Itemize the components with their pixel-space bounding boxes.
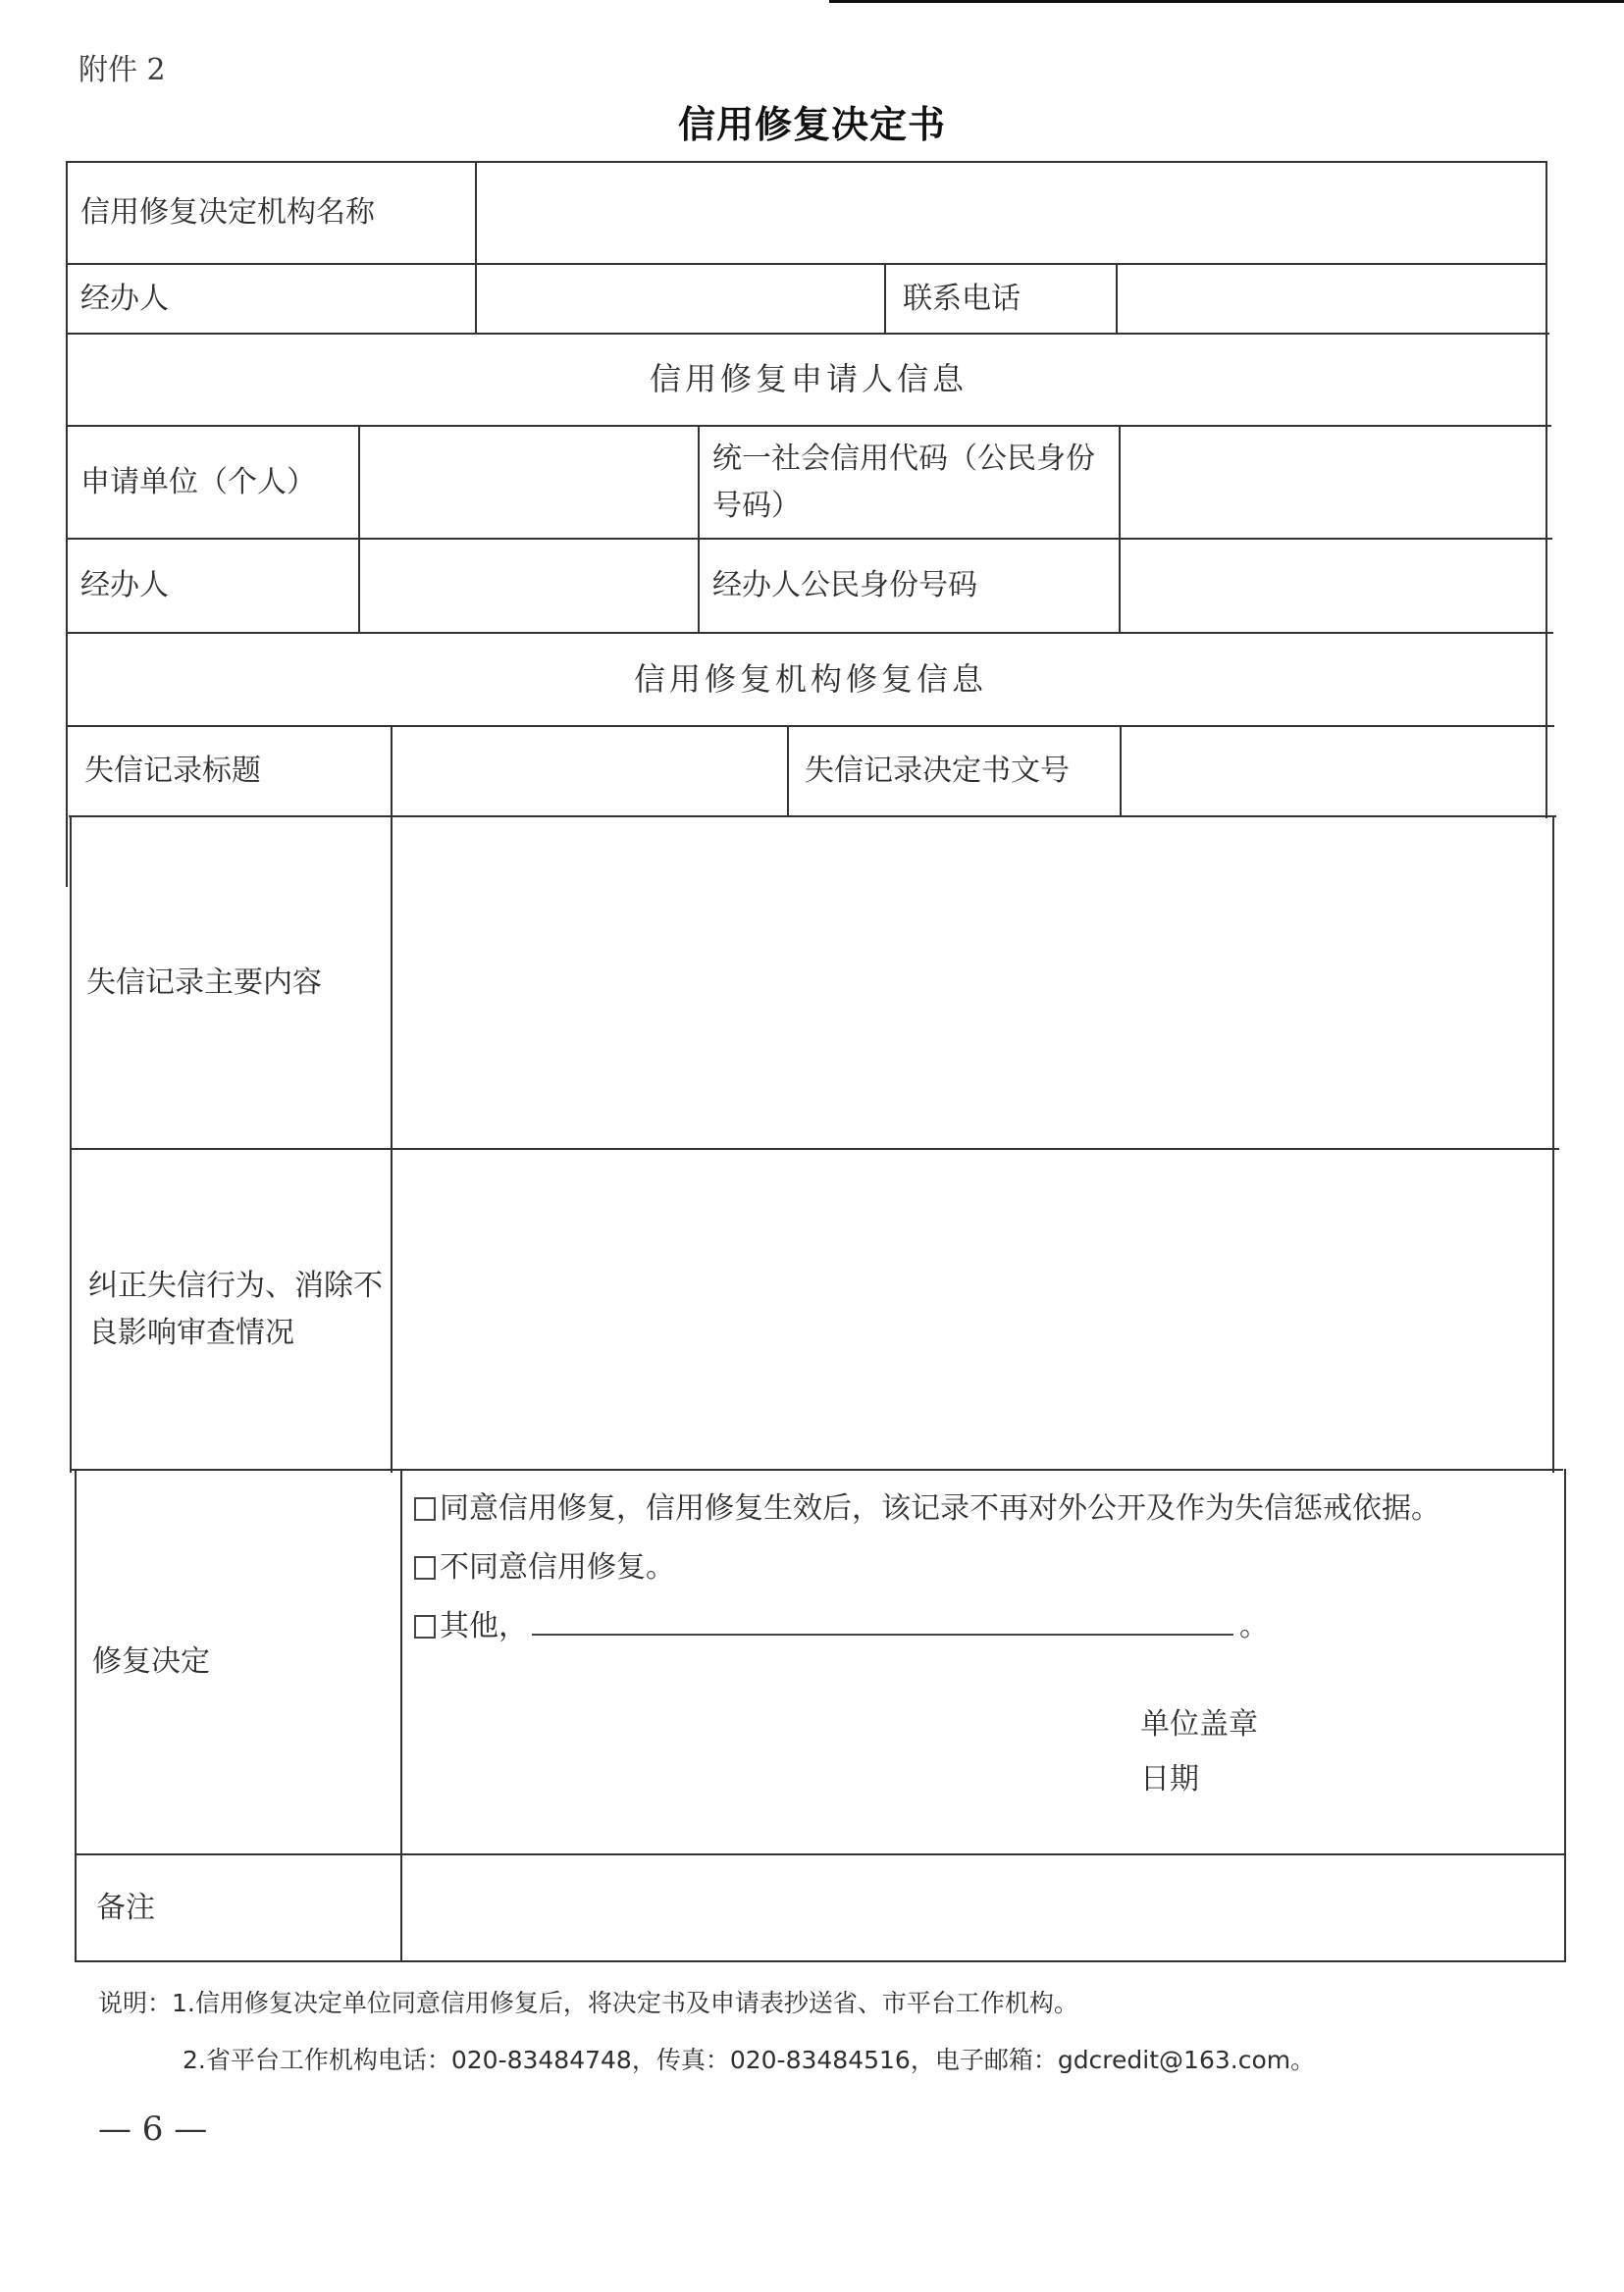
institution-name-field[interactable] <box>481 163 1541 263</box>
table-border <box>77 1960 1566 1962</box>
table-border <box>391 725 393 1473</box>
option-disagree[interactable]: 不同意信用修复。 <box>414 1542 675 1586</box>
attachment-label: 附件 2 <box>79 45 166 88</box>
handler-label: 经办人 <box>80 265 473 333</box>
applicant-unit-field[interactable] <box>363 427 695 538</box>
table-border <box>1116 263 1118 333</box>
decision-number-label: 失信记录决定书文号 <box>805 727 1117 815</box>
remarks-field[interactable] <box>406 1855 1559 1960</box>
option-other-suffix: 。 <box>1239 1609 1269 1643</box>
table-border <box>1564 1469 1566 1962</box>
checkbox-other[interactable] <box>414 1615 436 1639</box>
applicant-handler-label: 经办人 <box>80 540 355 632</box>
option-other[interactable]: 其他，。 <box>414 1601 1269 1644</box>
document-title: 信用修复决定书 <box>0 94 1624 148</box>
table-border <box>400 1469 402 1962</box>
checkbox-disagree[interactable] <box>414 1556 436 1580</box>
contact-phone-field[interactable] <box>1122 265 1544 333</box>
checkbox-agree[interactable] <box>414 1497 436 1521</box>
correction-review-label: 纠正失信行为、消除不良影响审查情况 <box>88 1150 388 1469</box>
decision-number-field[interactable] <box>1125 727 1546 815</box>
record-content-label: 失信记录主要内容 <box>86 817 386 1148</box>
handler-id-label: 经办人公民身份号码 <box>712 540 1115 632</box>
other-reason-input[interactable] <box>532 1608 1233 1636</box>
table-border <box>698 425 700 632</box>
remarks-label: 备注 <box>96 1855 395 1960</box>
table-border <box>787 725 789 815</box>
institution-name-label: 信用修复决定机构名称 <box>80 163 473 263</box>
table-border <box>1120 725 1122 815</box>
applicant-unit-label: 申请单位（个人） <box>80 427 355 538</box>
credit-code-label: 统一社会信用代码（公民身份号码） <box>712 427 1115 538</box>
option-agree-label: 同意信用修复，信用修复生效后，该记录不再对外公开及作为失信惩戒依据。 <box>440 1491 1441 1526</box>
section-repair-info: 信用修复机构修复信息 <box>68 634 1553 725</box>
table-border <box>358 425 360 632</box>
scan-edge-mark <box>829 0 1624 3</box>
seal-label: 单位盖章 <box>1140 1699 1258 1743</box>
table-border <box>1119 425 1121 632</box>
date-label: 日期 <box>1140 1754 1199 1797</box>
correction-review-field[interactable] <box>396 1150 1549 1469</box>
table-border <box>66 161 68 887</box>
applicant-handler-field[interactable] <box>363 540 695 632</box>
table-border <box>475 161 477 333</box>
option-disagree-label: 不同意信用修复。 <box>440 1550 675 1585</box>
page-number: — 6 — <box>98 2110 207 2149</box>
table-border <box>884 263 886 333</box>
contact-phone-label: 联系电话 <box>903 265 1114 333</box>
record-title-field[interactable] <box>396 727 784 815</box>
note-line-1: 说明：1.信用修复决定单位同意信用修复后，将决定书及申请表抄送省、市平台工作机构… <box>98 1984 1078 2019</box>
table-border <box>75 1469 77 1962</box>
record-title-label: 失信记录标题 <box>84 727 389 815</box>
table-border <box>70 815 72 1473</box>
table-border <box>1552 815 1554 1473</box>
option-agree[interactable]: 同意信用修复，信用修复生效后，该记录不再对外公开及作为失信惩戒依据。 <box>414 1484 1441 1527</box>
section-applicant-info: 信用修复申请人信息 <box>68 335 1549 425</box>
credit-code-field[interactable] <box>1125 427 1546 538</box>
handler-id-field[interactable] <box>1125 540 1546 632</box>
handler-field[interactable] <box>481 265 881 333</box>
note-line-2: 2.省平台工作机构电话：020-83484748，传真：020-83484516… <box>183 2041 1315 2076</box>
record-content-field[interactable] <box>396 817 1549 1148</box>
repair-decision-label: 修复决定 <box>92 1471 396 1853</box>
option-other-label: 其他， <box>440 1609 528 1643</box>
